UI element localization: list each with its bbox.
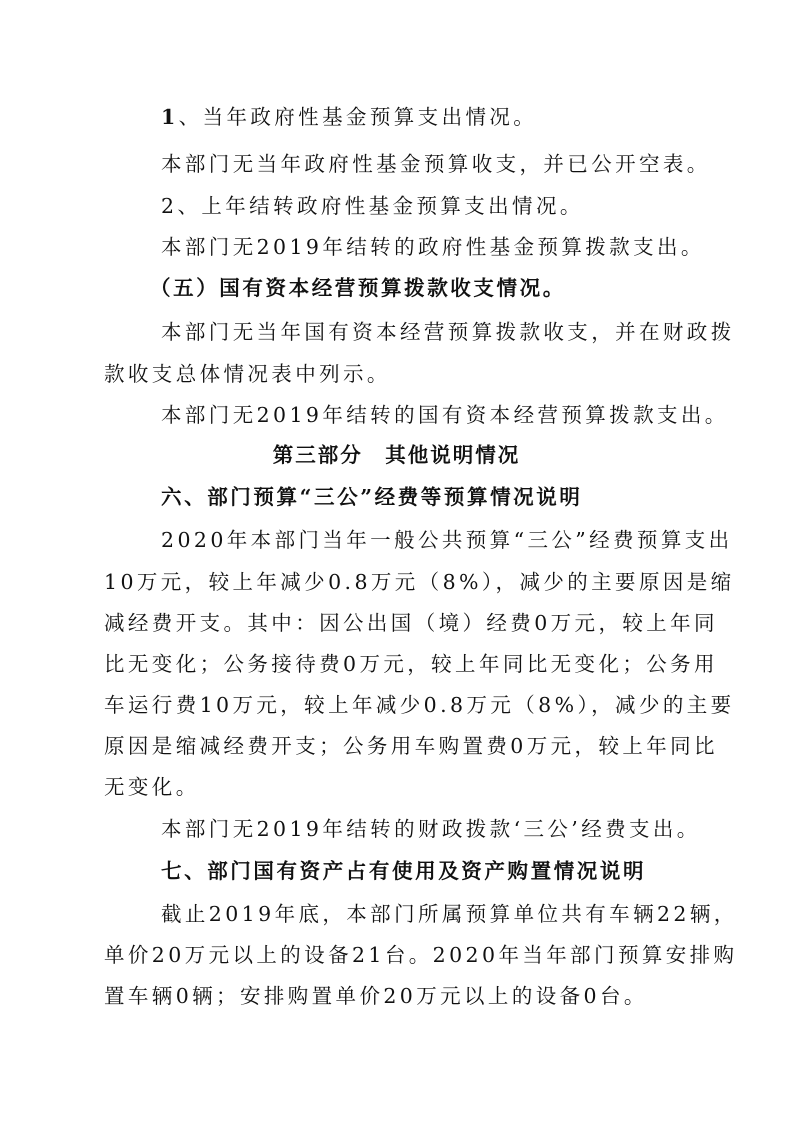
paragraph-continuation: 原因是缩减经费开支；公务用车购置费0万元，较上年同比 — [104, 732, 718, 760]
paragraph-continuation: 车运行费10万元，较上年减少0.8万元（8%），减少的主要 — [104, 691, 735, 719]
paragraph-continuation: 款收支总体情况表中列示。 — [104, 360, 391, 388]
paragraph-continuation: 无变化。 — [104, 773, 200, 801]
heading-state-assets: 七、部门国有资产占有使用及资产购置情况说明 — [161, 857, 646, 885]
subheading-current-year-fund: 11、当年政府性基金预算支出情况。、当年政府性基金预算支出情况。 — [161, 103, 537, 131]
paragraph: 本部门无当年政府性基金预算收支，并已公开空表。 — [161, 150, 711, 178]
paragraph: 本部门无2019年结转的财政拨款‘三公’经费支出。 — [161, 815, 701, 843]
list-number: 1 — [161, 105, 179, 129]
paragraph: 本部门无当年国有资本经营预算拨款收支，并在财政拨 — [161, 318, 735, 346]
subheading-prior-year-fund: 2、上年结转政府性基金预算支出情况。 — [161, 192, 584, 220]
paragraph: 本部门无2019年结转的国有资本经营预算拨款支出。 — [161, 401, 729, 429]
paragraph-continuation: 置车辆0辆；安排购置单价20万元以上的设备0台。 — [104, 982, 648, 1010]
paragraph-continuation: 10万元，较上年减少0.8万元（8%），减少的主要原因是缩 — [104, 568, 735, 596]
paragraph-continuation: 单价20万元以上的设备21台。2020年当年部门预算安排购 — [104, 941, 737, 969]
paragraph-continuation: 比无变化；公务接待费0万元，较上年同比无变化；公务用 — [104, 650, 718, 678]
section-title: 第三部分 其他说明情况 — [0, 441, 793, 469]
heading-state-capital: （五）国有资本经营预算拨款收支情况。 — [150, 274, 566, 302]
paragraph: 截止2019年底，本部门所属预算单位共有车辆22辆， — [161, 900, 738, 928]
paragraph-continuation: 减经费开支。其中：因公出国（境）经费0万元，较上年同 — [104, 609, 718, 637]
paragraph: 2020年本部门当年一般公共预算“三公”经费预算支出 — [161, 526, 733, 554]
heading-three-public-expenses: 六、部门预算“三公”经费等预算情况说明 — [161, 483, 582, 511]
paragraph: 本部门无2019年结转的政府性基金预算拨款支出。 — [161, 233, 705, 261]
